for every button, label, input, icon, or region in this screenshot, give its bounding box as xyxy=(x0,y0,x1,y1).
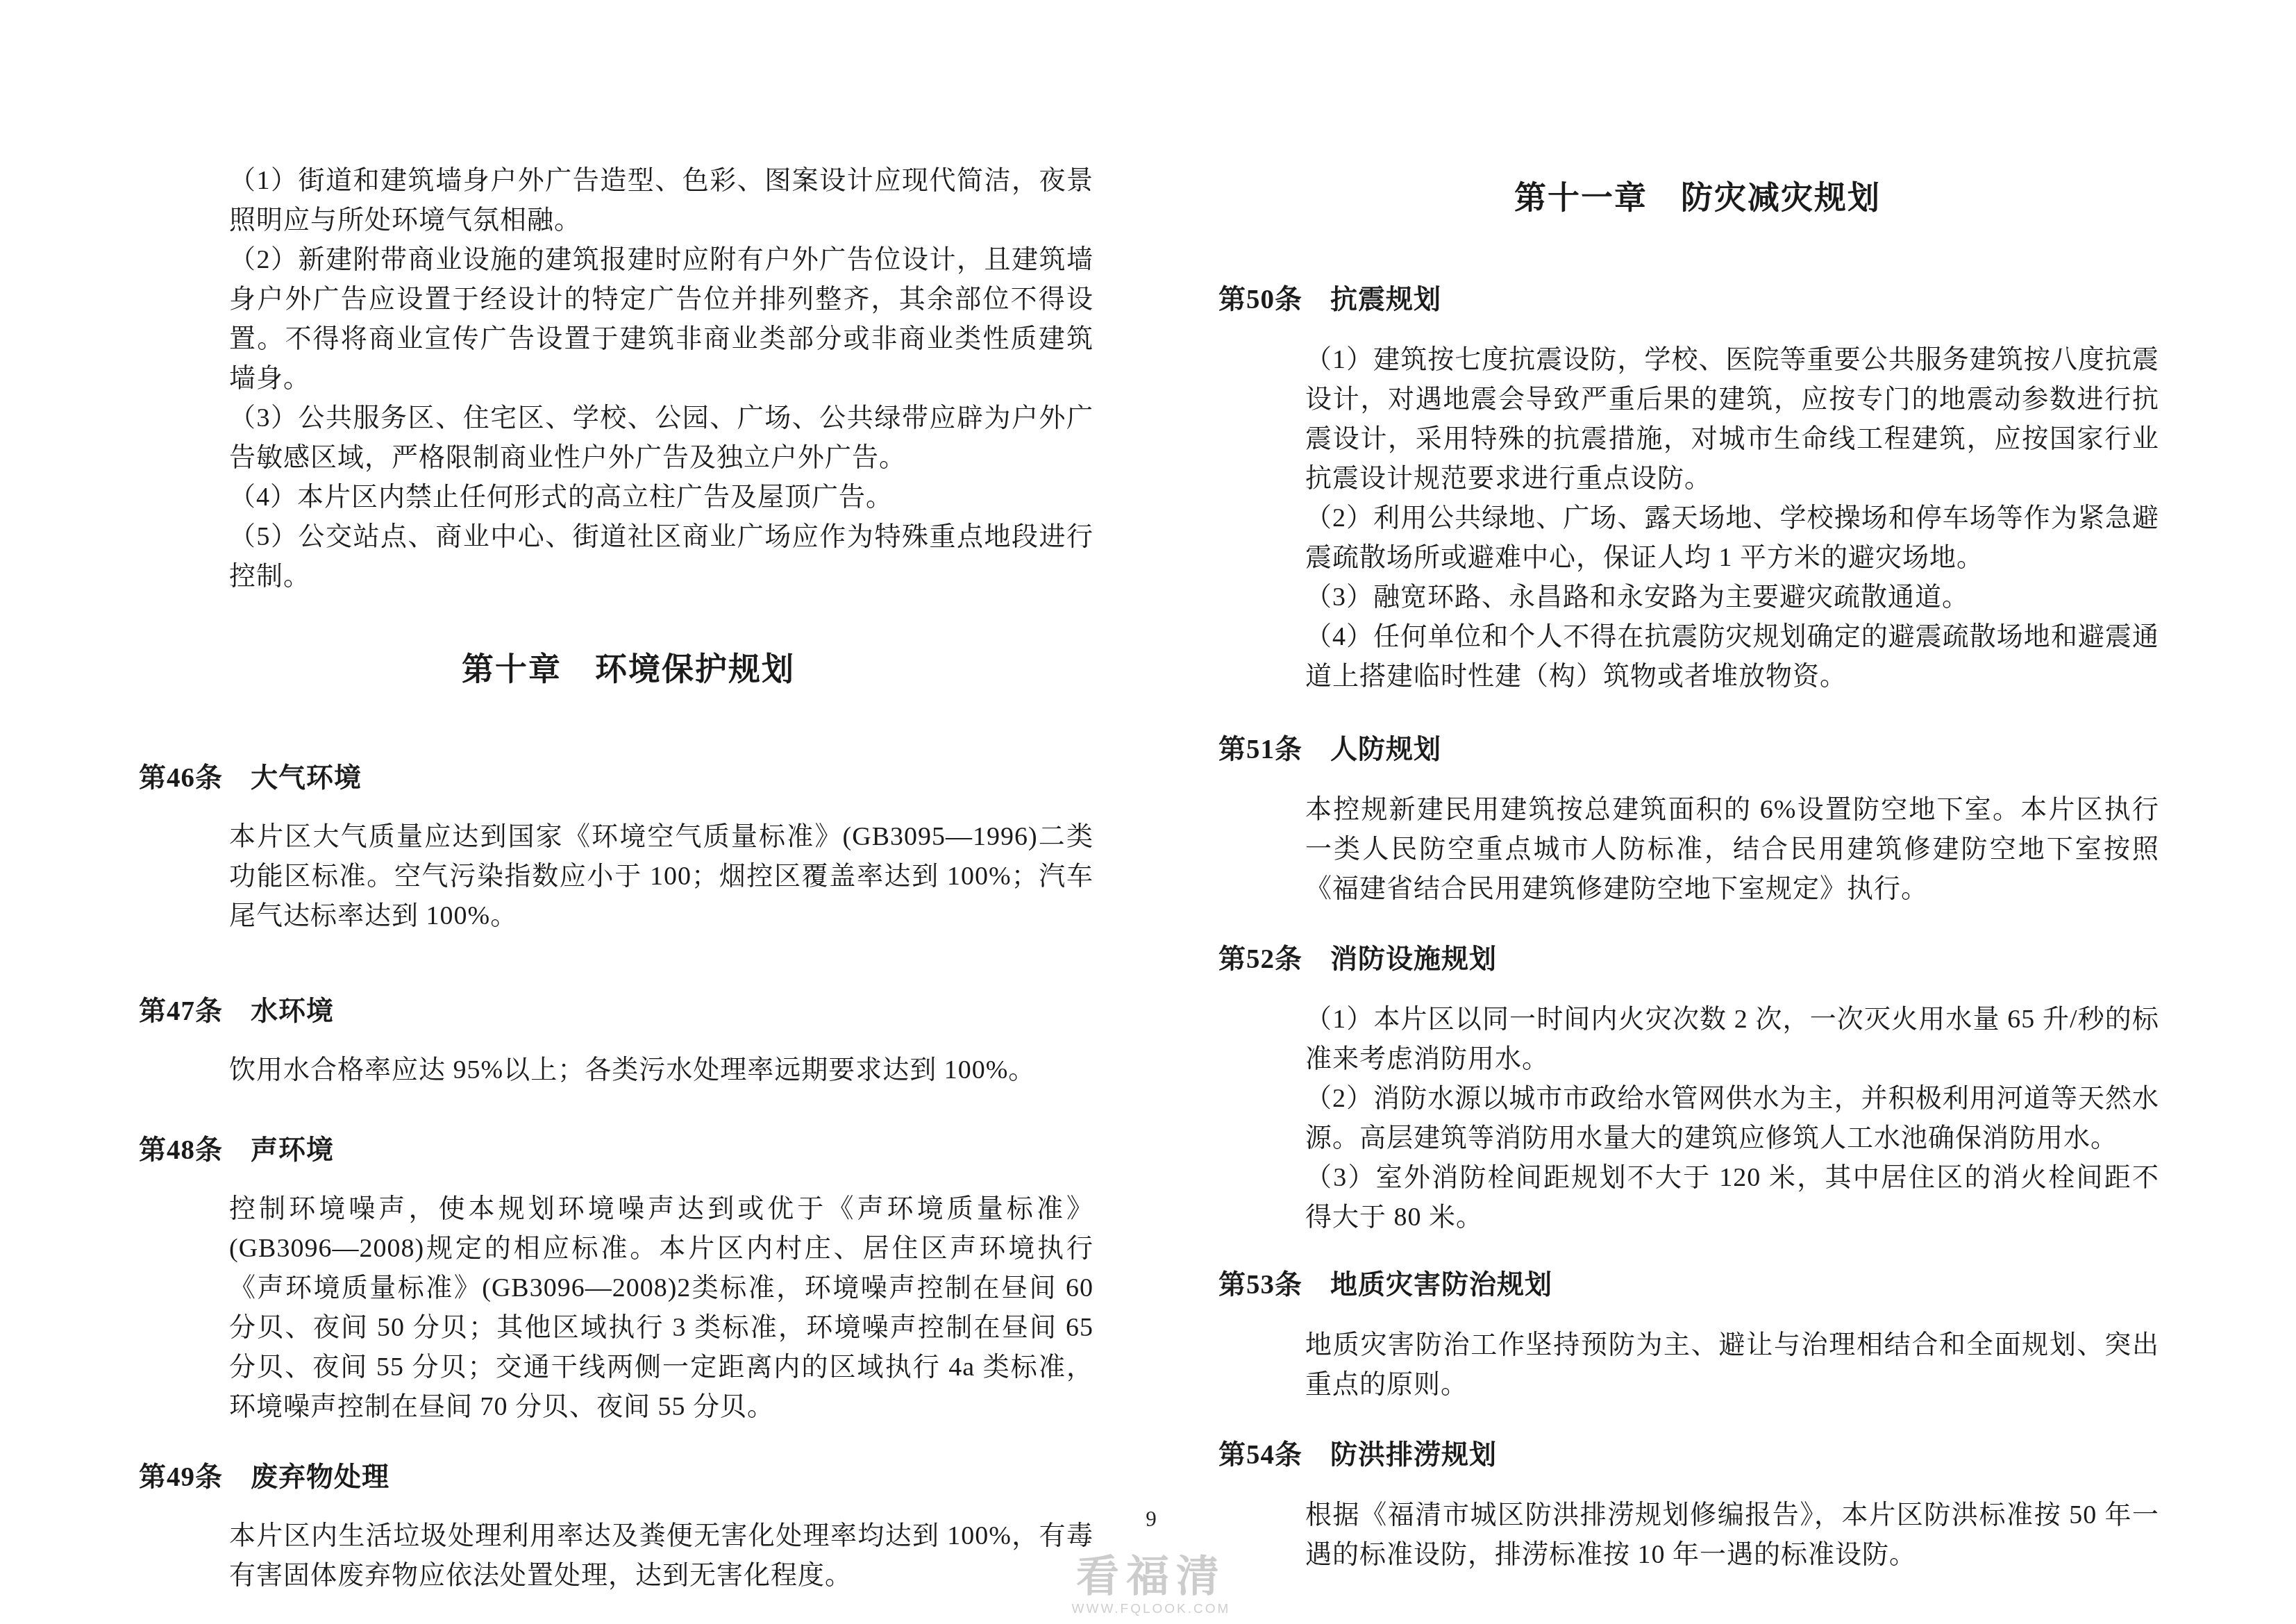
chapter-10-title: 第十章 环境保护规划 xyxy=(139,648,1118,690)
lead-paragraph: （4）本片区内禁止任何形式的高立柱广告及屋顶广告。 xyxy=(229,478,1093,517)
article-paragraph: 控制环境噪声，使本规划环境噪声达到或优于《声环境质量标准》(GB3096—200… xyxy=(229,1189,1093,1427)
lead-paragraph: （5）公交站点、商业中心、街道社区商业广场应作为特殊重点地段进行控制。 xyxy=(229,517,1093,596)
article-heading: 第50条 抗震规划 xyxy=(1218,280,2177,319)
article-title: 抗震规划 xyxy=(1330,280,1441,319)
article-title: 消防设施规划 xyxy=(1330,939,1497,979)
page-number: 9 xyxy=(978,1505,1325,1533)
article-body: 本片区内生活垃圾处理利用率达及粪便无害化处理率均达到 100%，有毒有害固体废弃… xyxy=(229,1516,1093,1596)
article-body: 饮用水合格率应达 95%以上；各类污水处理率远期要求达到 100%。 xyxy=(229,1050,1093,1090)
article-paragraph: （1）建筑按七度抗震设防，学校、医院等重要公共服务建筑按八度抗震设计，对遇地震会… xyxy=(1305,340,2159,499)
article-title: 地质灾害防治规划 xyxy=(1330,1265,1552,1305)
article-paragraph: 本片区大气质量应达到国家《环境空气质量标准》(GB3095—1996)二类功能区… xyxy=(229,817,1093,936)
watermark: 看福清 WWW.FQLOOK.COM xyxy=(978,1555,1325,1618)
article-paragraph: 根据《福清市城区防洪排涝规划修编报告》，本片区防洪标准按 50 年一遇的标准设防… xyxy=(1305,1496,2159,1575)
article-body: 地质灾害防治工作坚持预防为主、避让与治理相结合和全面规划、突出重点的原则。 xyxy=(1305,1325,2159,1405)
article-paragraph: （4）任何单位和个人不得在抗震防灾规划确定的避震疏散场地和避震通道上搭建临时性建… xyxy=(1305,617,2159,696)
watermark-brand: 看福清 xyxy=(978,1555,1325,1600)
article-heading: 第48条 声环境 xyxy=(139,1130,1118,1170)
article-paragraph: 本控规新建民用建筑按总建筑面积的 6%设置防空地下室。本片区执行一类人民防空重点… xyxy=(1305,790,2159,909)
article-heading: 第52条 消防设施规划 xyxy=(1218,939,2177,979)
article-title: 声环境 xyxy=(251,1130,334,1170)
article-49: 第49条 废弃物处理 本片区内生活垃圾处理利用率达及粪便无害化处理率均达到 10… xyxy=(139,1457,1118,1596)
article-body: 根据《福清市城区防洪排涝规划修编报告》，本片区防洪标准按 50 年一遇的标准设防… xyxy=(1305,1496,2159,1575)
article-heading: 第47条 水环境 xyxy=(139,991,1118,1031)
article-body: （1）建筑按七度抗震设防，学校、医院等重要公共服务建筑按八度抗震设计，对遇地震会… xyxy=(1305,340,2159,696)
watermark-url: WWW.FQLOOK.COM xyxy=(978,1601,1325,1618)
document-page: （1）街道和建筑墙身户外广告造型、色彩、图案设计应现代简洁，夜景照明应与所处环境… xyxy=(0,0,2296,1624)
article-label: 第50条 xyxy=(1218,280,1302,319)
article-label: 第47条 xyxy=(139,991,223,1031)
right-column: 第十一章 防灾减灾规划 第50条 抗震规划 （1）建筑按七度抗震设防，学校、医院… xyxy=(1218,177,2177,1575)
article-label: 第46条 xyxy=(139,758,223,798)
article-paragraph: 本片区内生活垃圾处理利用率达及粪便无害化处理率均达到 100%，有毒有害固体废弃… xyxy=(229,1516,1093,1596)
article-body: 控制环境噪声，使本规划环境噪声达到或优于《声环境质量标准》(GB3096—200… xyxy=(229,1189,1093,1427)
article-heading: 第53条 地质灾害防治规划 xyxy=(1218,1265,2177,1305)
article-body: （1）本片区以同一时间内火灾次数 2 次，一次灭火用水量 65 升/秒的标准来考… xyxy=(1305,1000,2159,1237)
article-51: 第51条 人防规划 本控规新建民用建筑按总建筑面积的 6%设置防空地下室。本片区… xyxy=(1218,730,2177,909)
lead-paragraph: （2）新建附带商业设施的建筑报建时应附有户外广告位设计，且建筑墙身户外广告应设置… xyxy=(229,240,1093,399)
article-53: 第53条 地质灾害防治规划 地质灾害防治工作坚持预防为主、避让与治理相结合和全面… xyxy=(1218,1265,2177,1405)
article-label: 第53条 xyxy=(1218,1265,1302,1305)
article-54: 第54条 防洪排涝规划 根据《福清市城区防洪排涝规划修编报告》，本片区防洪标准按… xyxy=(1218,1435,2177,1575)
article-label: 第51条 xyxy=(1218,730,1302,769)
article-paragraph: 地质灾害防治工作坚持预防为主、避让与治理相结合和全面规划、突出重点的原则。 xyxy=(1305,1325,2159,1405)
article-46: 第46条 大气环境 本片区大气质量应达到国家《环境空气质量标准》(GB3095—… xyxy=(139,758,1118,936)
article-title: 防洪排涝规划 xyxy=(1330,1435,1497,1475)
article-paragraph: （1）本片区以同一时间内火灾次数 2 次，一次灭火用水量 65 升/秒的标准来考… xyxy=(1305,1000,2159,1079)
article-label: 第52条 xyxy=(1218,939,1302,979)
article-label: 第54条 xyxy=(1218,1435,1302,1475)
article-paragraph: 饮用水合格率应达 95%以上；各类污水处理率远期要求达到 100%。 xyxy=(229,1050,1093,1090)
article-47: 第47条 水环境 饮用水合格率应达 95%以上；各类污水处理率远期要求达到 10… xyxy=(139,991,1118,1090)
article-label: 第49条 xyxy=(139,1457,223,1497)
article-paragraph: （3）融宽环路、永昌路和永安路为主要避灾疏散通道。 xyxy=(1305,578,2159,617)
article-heading: 第54条 防洪排涝规划 xyxy=(1218,1435,2177,1475)
article-48: 第48条 声环境 控制环境噪声，使本规划环境噪声达到或优于《声环境质量标准》(G… xyxy=(139,1130,1118,1427)
article-heading: 第46条 大气环境 xyxy=(139,758,1118,798)
article-paragraph: （2）利用公共绿地、广场、露天场地、学校操场和停车场等作为紧急避震疏散场所或避难… xyxy=(1305,499,2159,578)
article-heading: 第51条 人防规划 xyxy=(1218,730,2177,769)
lead-paragraph: （1）街道和建筑墙身户外广告造型、色彩、图案设计应现代简洁，夜景照明应与所处环境… xyxy=(229,161,1093,240)
article-paragraph: （2）消防水源以城市市政给水管网供水为主，并积极利用河道等天然水源。高层建筑等消… xyxy=(1305,1079,2159,1158)
article-paragraph: （3）室外消防栓间距规划不大于 120 米，其中居住区的消火栓间距不得大于 80… xyxy=(1305,1158,2159,1237)
article-body: 本控规新建民用建筑按总建筑面积的 6%设置防空地下室。本片区执行一类人民防空重点… xyxy=(1305,790,2159,909)
lead-paragraph: （3）公共服务区、住宅区、学校、公园、广场、公共绿带应辟为户外广告敏感区域，严格… xyxy=(229,399,1093,478)
article-title: 大气环境 xyxy=(251,758,362,798)
chapter-11-title: 第十一章 防灾减灾规划 xyxy=(1218,177,2177,219)
article-52: 第52条 消防设施规划 （1）本片区以同一时间内火灾次数 2 次，一次灭火用水量… xyxy=(1218,939,2177,1237)
lead-paragraphs: （1）街道和建筑墙身户外广告造型、色彩、图案设计应现代简洁，夜景照明应与所处环境… xyxy=(139,161,1093,596)
article-title: 人防规划 xyxy=(1330,730,1441,769)
article-title: 废弃物处理 xyxy=(251,1457,389,1497)
article-heading: 第49条 废弃物处理 xyxy=(139,1457,1118,1497)
article-label: 第48条 xyxy=(139,1130,223,1170)
article-body: 本片区大气质量应达到国家《环境空气质量标准》(GB3095—1996)二类功能区… xyxy=(229,817,1093,936)
left-column: （1）街道和建筑墙身户外广告造型、色彩、图案设计应现代简洁，夜景照明应与所处环境… xyxy=(139,161,1118,1596)
article-title: 水环境 xyxy=(251,991,334,1031)
article-50: 第50条 抗震规划 （1）建筑按七度抗震设防，学校、医院等重要公共服务建筑按八度… xyxy=(1218,280,2177,696)
